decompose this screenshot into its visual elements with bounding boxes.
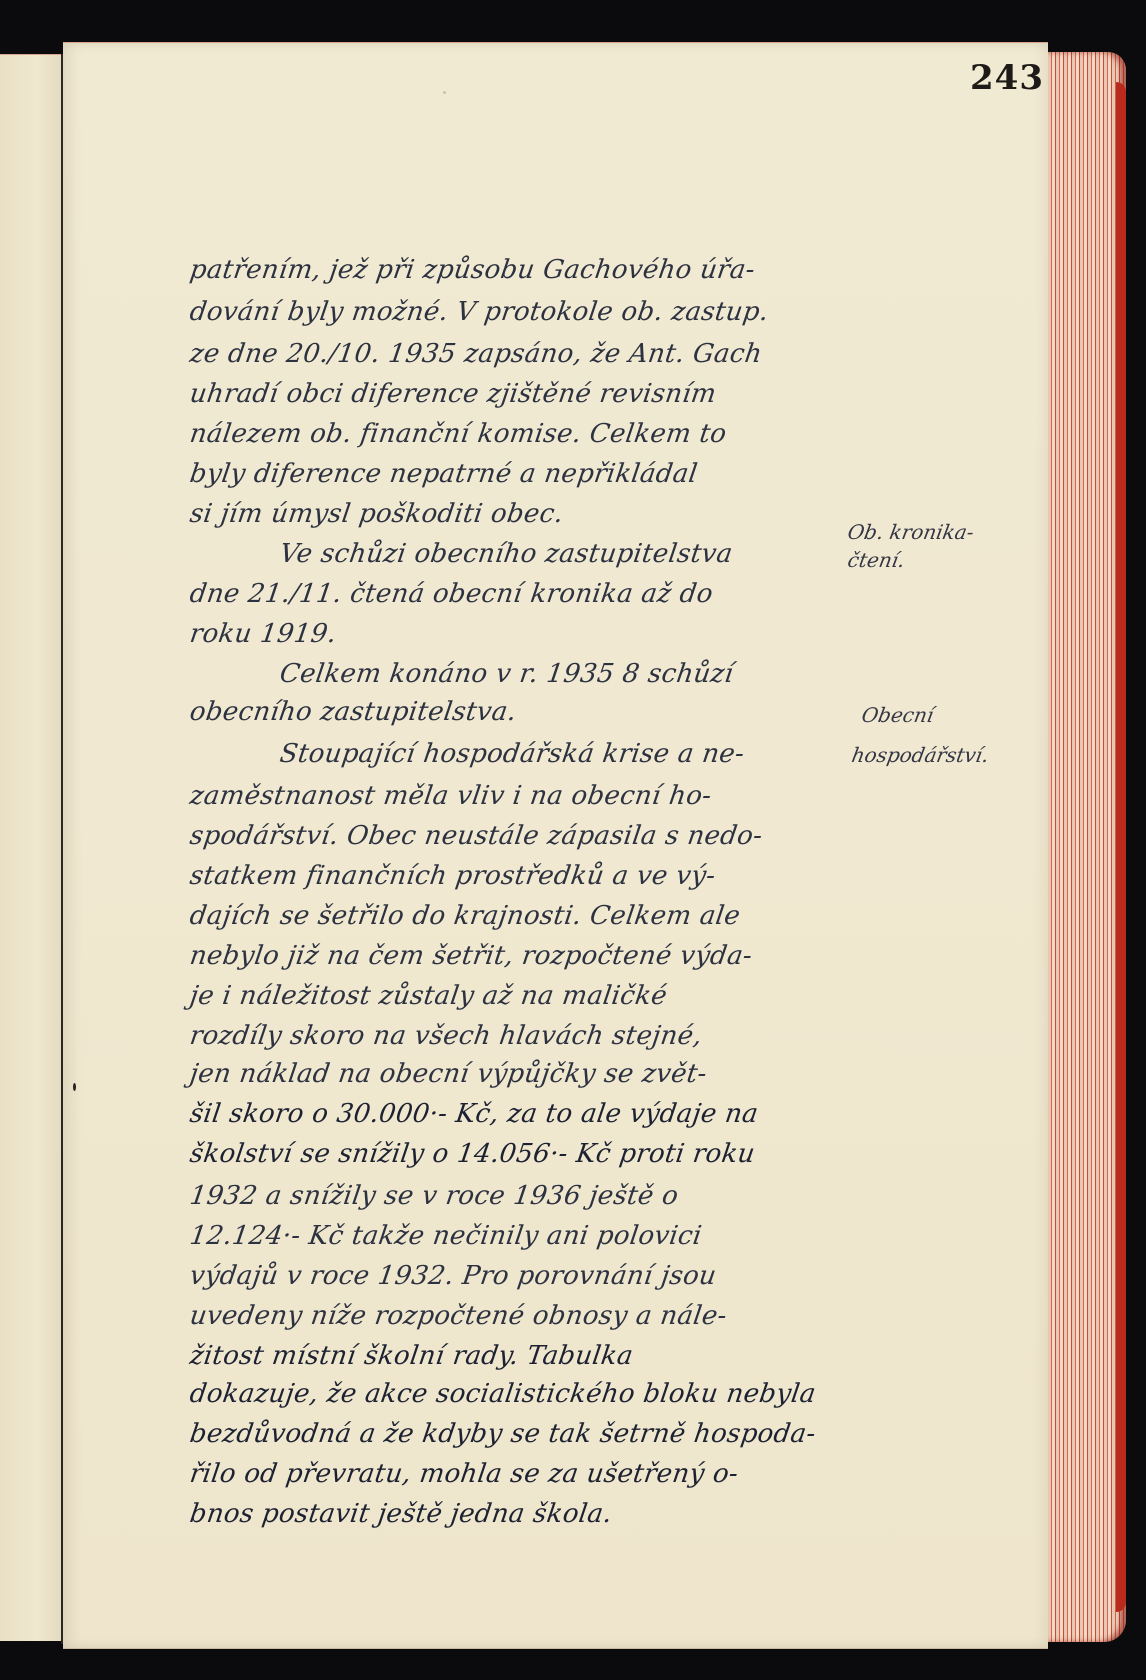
red-page-edges [1048,52,1126,1642]
margin-note-chronicle-1: Ob. kronika- [846,520,976,544]
page-number: 243 [970,58,1044,98]
margin-note-economy-1: Obecní [860,703,936,727]
book-photo: 243 patřením, jež při způsobu Gachového … [0,0,1146,1680]
margin-note-chronicle-2: čtení. [846,548,907,572]
paper-mark [73,1083,76,1091]
left-page-edge [0,54,62,1641]
paper-speck [443,91,446,94]
margin-note-economy-2: hospodářství. [850,743,991,767]
